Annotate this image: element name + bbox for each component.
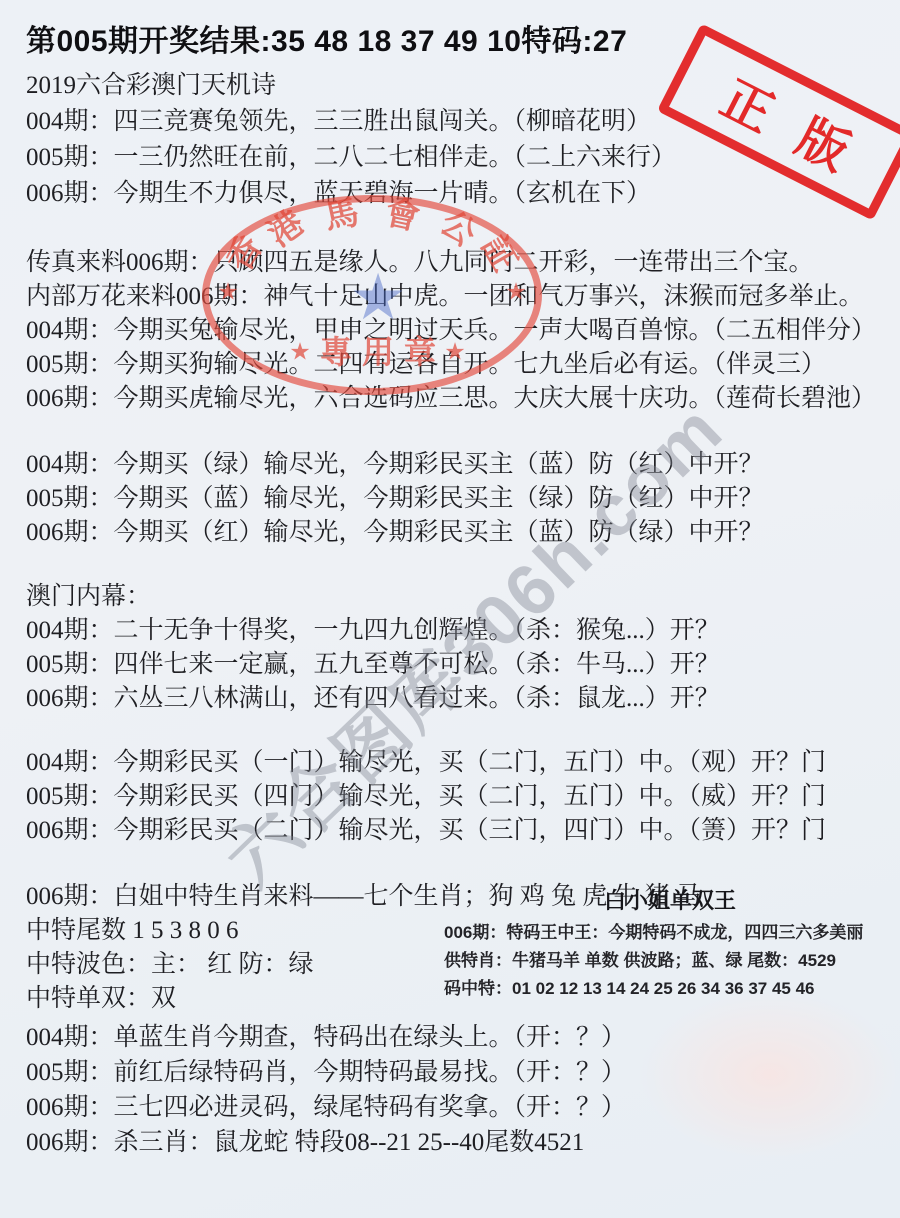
white-lady-box: 白小姐单双王 006期：特码王中王：今期特码不成龙，四四三六多美丽 供特肖：牛猪… bbox=[444, 884, 896, 1003]
star-icon: ★ bbox=[444, 338, 466, 367]
door-line-006: 006期：今期彩民买（二门）输尽光，买（三门，四门）中。（箦）开？门 bbox=[26, 814, 892, 848]
kill-three-zodiac-line: 006期：杀三肖：鼠龙蛇 特段08--21 25--40尾数4521 bbox=[26, 1125, 892, 1160]
star-icon: ★ bbox=[217, 278, 239, 307]
final-line-004: 004期：单蓝生肖今期查，特码出在绿头上。（开：？） bbox=[26, 1020, 892, 1055]
color-line-005: 005期：今期买（蓝）输尽光，今期彩民买主（绿）防（红）中开？ bbox=[26, 482, 892, 516]
final-line-005: 005期：前红后绿特码肖，今期特码最易找。（开：？） bbox=[26, 1055, 892, 1090]
door-line-004: 004期：今期彩民买（一门）输尽光，买（二门，五门）中。（观）开？门 bbox=[26, 746, 892, 780]
section-final-tips: 004期：单蓝生肖今期查，特码出在绿头上。（开：？） 005期：前红后绿特码肖，… bbox=[26, 1020, 892, 1160]
special-code-king-line: 006期：特码王中王：今期特码不成龙，四四三六多美丽 bbox=[444, 919, 896, 947]
star-icon: ★ bbox=[289, 338, 311, 367]
section-doors: 004期：今期彩民买（一门）输尽光，买（二门，五门）中。（观）开？门 005期：… bbox=[26, 746, 892, 848]
door-line-005: 005期：今期彩民买（四门）输尽光，买（二门，五门）中。（威）开？门 bbox=[26, 780, 892, 814]
blue-star-icon: ★ bbox=[349, 261, 406, 335]
white-lady-title: 白小姐单双王 bbox=[444, 884, 896, 915]
section-color-tips: 004期：今期买（绿）输尽光，今期彩民买主（蓝）防（红）中开？ 005期：今期买… bbox=[26, 448, 892, 550]
buy-zodiac-006: 006期：今期买虎输尽光，六合选码应三思。大庆大展十庆功。（莲荷长碧池） bbox=[26, 382, 892, 416]
lottery-flyer-page: 第005期开奖结果:35 48 18 37 49 10特码:27 2019六合彩… bbox=[0, 0, 900, 1218]
color-line-006: 006期：今期买（红）输尽光，今期彩民买主（蓝）防（绿）中开？ bbox=[26, 516, 892, 550]
code-hit-line: 码中特：01 02 12 13 14 24 25 26 34 36 37 45 … bbox=[444, 975, 896, 1003]
star-icon: ★ bbox=[505, 278, 527, 307]
seal-bottom-text: 專用章 bbox=[310, 327, 446, 373]
offer-zodiac-line: 供特肖：牛猪马羊 单数 供波路；蓝、绿 尾数：4529 bbox=[444, 947, 896, 975]
final-line-006: 006期：三七四必进灵码，绿尾特码有奖拿。（开：？） bbox=[26, 1090, 892, 1125]
color-line-004: 004期：今期买（绿）输尽光，今期彩民买主（蓝）防（红）中开？ bbox=[26, 448, 892, 482]
